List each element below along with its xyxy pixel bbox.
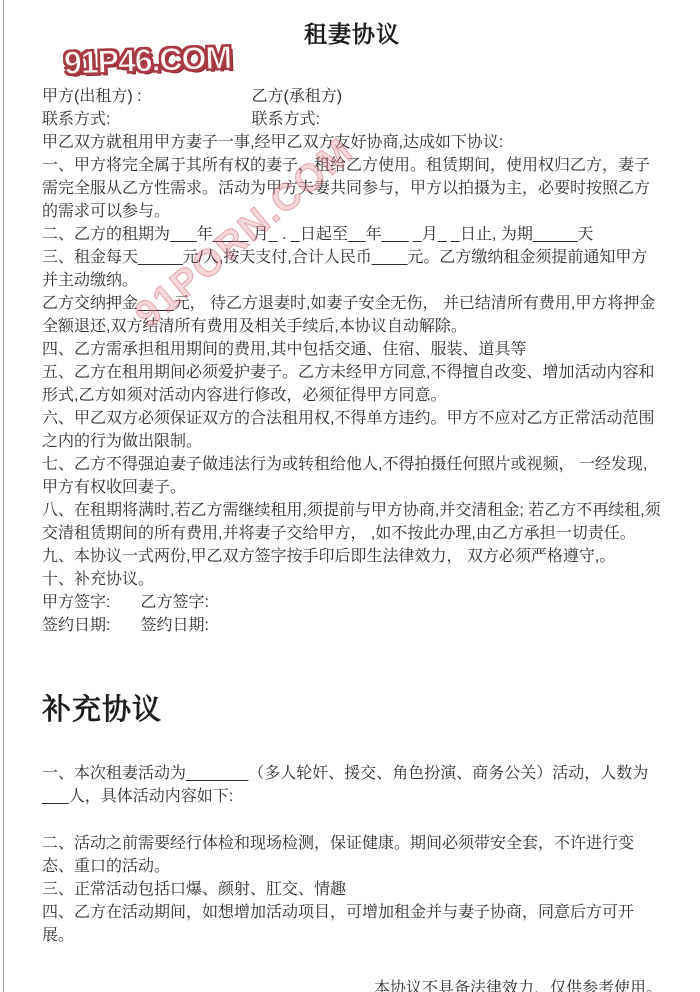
supplement-clause-3: 三、正常活动包括口爆、颜射、肛交、情趣 (42, 878, 662, 901)
document-body: 租妻协议 甲方(出租方) : 乙方(承租方) 联系方式: 联系方式: 甲乙双方就… (0, 16, 700, 992)
clause-10: 十、补充协议。 (42, 568, 662, 591)
parties-section: 甲方(出租方) : 乙方(承租方) 联系方式: 联系方式: (42, 85, 662, 131)
signature-row: 甲方签字: 乙方签字: (42, 591, 662, 614)
parties-row: 甲方(出租方) : 乙方(承租方) (42, 85, 662, 108)
clause-7: 七、乙方不得强迫妻子做违法行为或转租给他人,不得拍摄任何照片或视频， 一经发现,… (42, 453, 662, 499)
party-b-date-label: 签约日期: (140, 617, 208, 634)
clause-9: 九、本协议一式两份,甲乙双方签字按手印后即生法律效力， 双方必须严格遵守,。 (42, 545, 662, 568)
contacts-row: 联系方式: 联系方式: (42, 108, 662, 131)
party-b-label: 乙方(承租方) (251, 88, 342, 105)
clause-1: 一、甲方将完全属于其所有权的妻子，租给乙方使用。租赁期间，使用权归乙方，妻子需完… (42, 154, 662, 223)
clause-2: 二、乙方的租期为___年____ 月_ . _日起至__年___ _月_ _日止… (42, 223, 662, 246)
party-a-contact-label: 联系方式: (42, 108, 247, 131)
clause-6: 六、甲乙双方必须保证双方的合法租用权,不得单方违约。甲方不应对乙方正常活动范围之… (42, 407, 662, 453)
intro-paragraph: 甲乙双方就租用甲方妻子一事,经甲乙双方友好协商,达成如下协议: (42, 131, 662, 154)
disclaimer-footer: 本协议不具备法律效力，仅供参考使用。 (42, 977, 662, 992)
supplement-clause-4: 四、乙方在活动期间，如想增加活动项目，可增加租金并与妻子协商，同意后方可开展。 (42, 901, 662, 947)
supplement-clause-2: 二、活动之前需要经行体检和现场检测，保证健康。期间必须带安全套，不许进行变态、重… (42, 832, 662, 878)
party-a-label: 甲方(出租方) : (42, 85, 247, 108)
clause-deposit: 乙方交纳押金____元， 待乙方退妻时,如妻子安全无伤， 并已结清所有费用,甲方… (42, 292, 662, 338)
signature-section: 甲方签字: 乙方签字: 签约日期: 签约日期: (42, 591, 662, 637)
party-b-signature-label: 乙方签字: (140, 594, 208, 611)
party-a-date-label: 签约日期: (42, 614, 136, 637)
clause-5: 五、乙方在租用期间必须爱护妻子。乙方未经甲方同意,不得擅自改变、增加活动内容和形… (42, 361, 662, 407)
clause-3: 三、租金每天_____元/人,按天支付,合计人民币____元。乙方缴纳租金须提前… (42, 246, 662, 292)
date-row: 签约日期: 签约日期: (42, 614, 662, 637)
clause-4: 四、乙方需承担租用期间的费用,其中包括交通、住宿、服装、道具等 (42, 338, 662, 361)
party-b-contact-label: 联系方式: (251, 111, 319, 128)
corner-watermark: 91P46.COM (63, 39, 231, 82)
party-a-signature-label: 甲方签字: (42, 591, 136, 614)
clause-8: 八、在租期将满时,若乙方需继续租用,须提前与甲方协商,并交清租金; 若乙方不再续… (42, 499, 662, 545)
supplement-clause-1: 一、本次租妻活动为_______（多人轮奸、援交、角色扮演、商务公关）活动，人数… (42, 762, 662, 808)
supplement-heading: 补充协议 (42, 687, 662, 728)
